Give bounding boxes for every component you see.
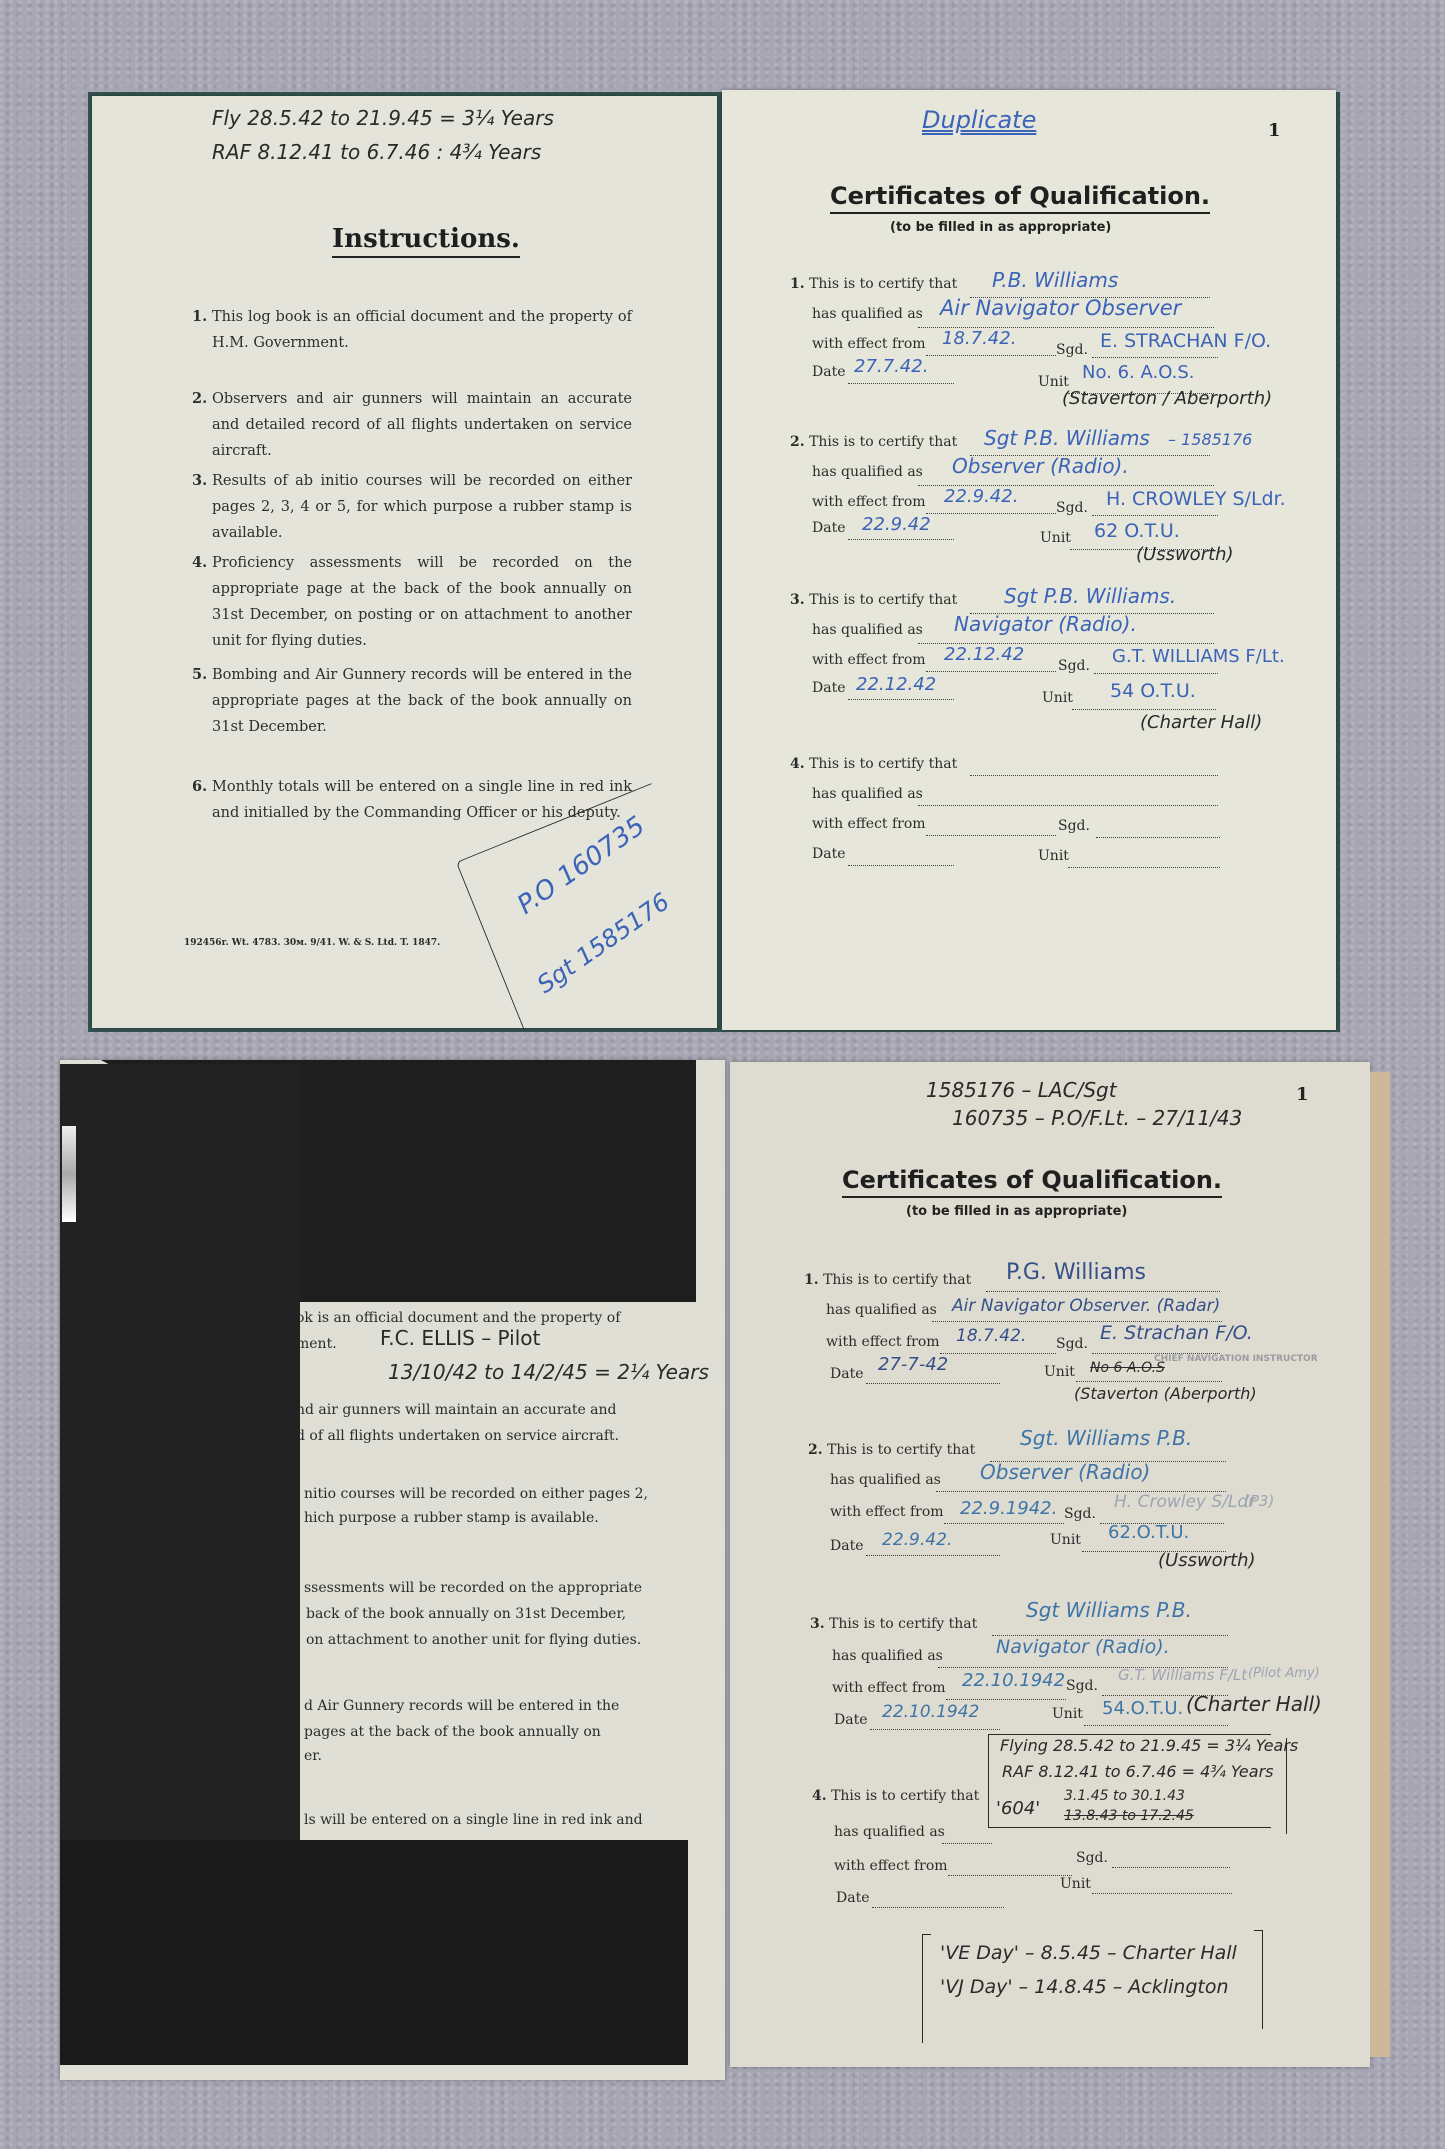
note-squadron-period-2: 13.8.43 to 17.2.45 xyxy=(1064,1808,1194,1824)
cert-unit-location: (Ussworth) xyxy=(1136,544,1234,565)
cert-signatory-note: (Pilot Amy) xyxy=(1248,1666,1320,1681)
cert-effect-date: 18.7.42. xyxy=(942,328,1016,349)
cert-name: Sgt. Williams P.B. xyxy=(1020,1426,1192,1450)
cert-effect-date: 22.10.1942 xyxy=(962,1670,1065,1691)
cert-name: P.B. Williams xyxy=(992,268,1118,292)
cert-qualification: Navigator (Radio). xyxy=(954,612,1137,636)
cert-name: Sgt P.B. Williams xyxy=(984,426,1150,450)
cert-date: 27-7-42 xyxy=(878,1354,948,1375)
cert-unit: 62.O.T.U. xyxy=(1108,1522,1189,1543)
certificates-title: Certificates of Qualification. xyxy=(830,182,1210,214)
cert-qualification: Observer (Radio) xyxy=(980,1460,1150,1484)
instruction-item: 5. Bombing and Air Gunnery records will … xyxy=(192,662,632,740)
cert-unit-location: (Staverton (Aberporth) xyxy=(1074,1384,1257,1403)
cert-signatory: G.T. Williams F/Lt xyxy=(1118,1666,1247,1684)
certificates-title: Certificates of Qualification. xyxy=(842,1166,1222,1198)
cert-qualification: Navigator (Radio). xyxy=(996,1636,1170,1658)
handwritten-pilot-dates: 13/10/42 to 14/2/45 = 2¼ Years xyxy=(388,1360,709,1384)
cert-effect-date: 22.9.42. xyxy=(944,486,1018,507)
cert-qualification: Observer (Radio). xyxy=(952,454,1129,478)
cert-name: Sgt Williams P.B. xyxy=(1026,1598,1192,1622)
vj-day-note: 'VJ Day' – 14.8.45 – Acklington xyxy=(940,1976,1229,1998)
cert-effect-date: 22.12.42 xyxy=(944,644,1024,665)
cert-unit: 62 O.T.U. xyxy=(1094,520,1180,542)
instruction-item: 4. Proficiency assessments will be recor… xyxy=(192,550,632,654)
instruction-item: 1. This log book is an official document… xyxy=(192,304,632,356)
note-squadron: '604' xyxy=(996,1798,1040,1819)
cert-date: 22.9.42 xyxy=(862,514,931,535)
duplicate-annotation: Duplicate xyxy=(922,106,1036,134)
cert-name: Sgt P.B. Williams. xyxy=(1004,584,1176,608)
note-squadron-period-1: 3.1.45 to 30.1.43 xyxy=(1064,1788,1185,1804)
note-raf-dates: RAF 8.12.41 to 6.7.46 = 4¾ Years xyxy=(1002,1762,1273,1781)
instruction-item: 2. Observers and air gunners will mainta… xyxy=(192,386,632,464)
cert-date: 22.9.42. xyxy=(882,1530,952,1550)
cert-name: P.G. Williams xyxy=(1006,1260,1146,1285)
cover-tape-fragment xyxy=(62,1126,76,1222)
instructions-heading: Instructions. xyxy=(332,224,520,258)
instruction-item: 3. Results of ab initio courses will be … xyxy=(192,468,632,546)
cert-date: 27.7.42. xyxy=(854,356,928,377)
page-number: 1 xyxy=(1268,120,1281,141)
handwritten-flying-dates: Fly 28.5.42 to 21.9.45 = 3¼ Years xyxy=(212,106,554,130)
cert-signatory: G.T. WILLIAMS F/Lt. xyxy=(1112,646,1285,667)
torn-cover-bottom xyxy=(60,1840,688,2065)
cert-unit-location: (Ussworth) xyxy=(1158,1550,1256,1571)
handwritten-officer-number: 160735 – P.O/F.Lt. – 27/11/43 xyxy=(952,1106,1242,1130)
certificates-subtitle: (to be filled in as appropriate) xyxy=(890,220,1111,235)
cert-signatory: H. Crowley S/Ldr xyxy=(1114,1492,1255,1512)
cert-date: 22.12.42 xyxy=(856,674,936,695)
cert-signatory-note: (P3) xyxy=(1244,1492,1274,1510)
chief-navigation-instructor-stamp: CHIEF NAVIGATION INSTRUCTOR xyxy=(1154,1354,1318,1364)
page-number: 1 xyxy=(1296,1084,1309,1105)
cert-unit: No. 6. A.O.S. xyxy=(1082,362,1195,383)
page-edge xyxy=(1370,1072,1390,2057)
cert-unit-location: (Charter Hall) xyxy=(1140,712,1262,733)
cert-unit: 54.O.T.U. xyxy=(1102,1698,1183,1719)
note-flying-dates: Flying 28.5.42 to 21.9.45 = 3¼ Years xyxy=(1000,1736,1298,1755)
cert-service-number: – 1585176 xyxy=(1168,430,1252,449)
ve-day-note: 'VE Day' – 8.5.45 – Charter Hall xyxy=(940,1942,1237,1964)
cert-effect-date: 22.9.1942. xyxy=(960,1498,1057,1519)
handwritten-sgt-number: 1585176 – LAC/Sgt xyxy=(926,1078,1117,1102)
upper-right-page: Duplicate 1 Certificates of Qualificatio… xyxy=(722,90,1336,1030)
cert-signatory: E. STRACHAN F/O. xyxy=(1100,330,1271,352)
cert-date: 22.10.1942 xyxy=(882,1702,979,1722)
cert-qualification: Air Navigator Observer xyxy=(940,296,1181,320)
upper-left-page: Fly 28.5.42 to 21.9.45 = 3¼ Years RAF 8.… xyxy=(92,96,717,1028)
cert-signatory: E. Strachan F/O. xyxy=(1100,1322,1253,1344)
cert-qualification: Air Navigator Observer. (Radar) xyxy=(952,1296,1220,1316)
cert-effect-date: 18.7.42. xyxy=(956,1326,1026,1346)
printer-imprint: 192456r. Wt. 4783. 30м. 9/41. W. & S. Lt… xyxy=(184,938,440,948)
cert-unit: No 6 A.O.S xyxy=(1090,1360,1165,1376)
cert-unit: 54 O.T.U. xyxy=(1110,680,1196,702)
cert-signatory: H. CROWLEY S/Ldr. xyxy=(1106,488,1286,510)
certificates-subtitle: (to be filled in as appropriate) xyxy=(906,1204,1127,1219)
cert-unit-location: (Staverton / Aberporth) xyxy=(1062,388,1272,409)
handwritten-pilot-name: F.C. ELLIS – Pilot xyxy=(380,1326,540,1350)
handwritten-raf-dates: RAF 8.12.41 to 6.7.46 : 4¾ Years xyxy=(212,140,541,164)
lower-right-page: 1585176 – LAC/Sgt 160735 – P.O/F.Lt. – 2… xyxy=(730,1062,1370,2067)
cert-unit-location: (Charter Hall) xyxy=(1186,1692,1322,1716)
